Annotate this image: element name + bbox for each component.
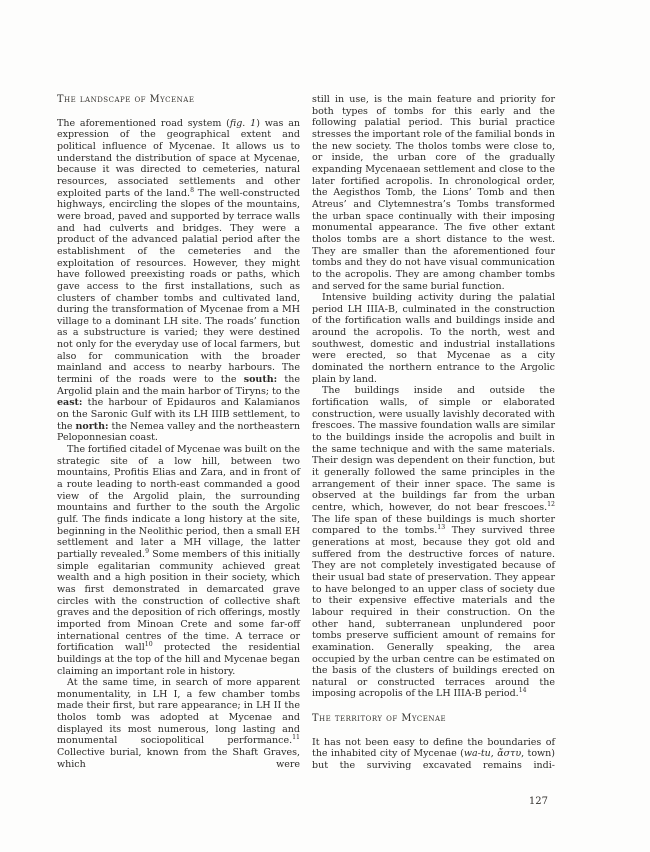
section-heading: The territory of Mycenae xyxy=(312,713,555,725)
footnote-reference: 12 xyxy=(547,501,555,508)
footnote-reference: 14 xyxy=(519,687,527,694)
paragraph: The fortified citadel of Mycenae was bui… xyxy=(57,444,300,677)
right-column: still in use, is the main feature and pr… xyxy=(312,94,555,772)
body-text: They survived three generations at most,… xyxy=(312,525,555,699)
footnote-reference: 11 xyxy=(292,734,300,741)
footnote-reference: 10 xyxy=(145,641,153,648)
body-text: Collective burial, known from the Shaft … xyxy=(57,747,300,770)
body-text: still in use, is the main feature and pr… xyxy=(312,94,555,292)
bold-text: south: xyxy=(244,374,277,385)
body-text: The buildings inside and outside the for… xyxy=(312,385,555,513)
paragraph: It has not been easy to define the bound… xyxy=(312,737,555,772)
page-number: 127 xyxy=(57,796,548,808)
body-text: The fortified citadel of Mycenae was bui… xyxy=(57,444,300,560)
bold-text: east: xyxy=(57,397,82,408)
body-text: At the same time, in search of more appa… xyxy=(57,677,300,746)
italic-text: ἄστυ xyxy=(497,748,521,759)
italic-text: wa-tu xyxy=(464,748,491,759)
italic-text: fig. 1 xyxy=(230,118,256,129)
paragraph: The aforementioned road system (fig. 1) … xyxy=(57,118,300,444)
book-page: The landscape of MycenaeThe aforemention… xyxy=(0,0,650,852)
body-text: ) was an expression of the geographical … xyxy=(57,118,300,199)
body-text: Intensive building activity during the p… xyxy=(312,292,555,385)
bold-text: north: xyxy=(75,421,108,432)
paragraph: Intensive building activity during the p… xyxy=(312,292,555,385)
footnote-reference: 13 xyxy=(437,524,445,531)
paragraph: still in use, is the main feature and pr… xyxy=(312,94,555,292)
left-column: The landscape of MycenaeThe aforemention… xyxy=(57,94,300,772)
body-text: The well-constructed highways, encirclin… xyxy=(57,188,300,386)
text-area: The landscape of MycenaeThe aforemention… xyxy=(57,94,555,772)
paragraph: At the same time, in search of more appa… xyxy=(57,677,300,770)
paragraph: The buildings inside and outside the for… xyxy=(312,385,555,700)
body-text: The aforementioned road system ( xyxy=(57,118,230,129)
body-text: Some members of this initially simple eg… xyxy=(57,549,300,653)
section-heading: The landscape of Mycenae xyxy=(57,94,300,106)
